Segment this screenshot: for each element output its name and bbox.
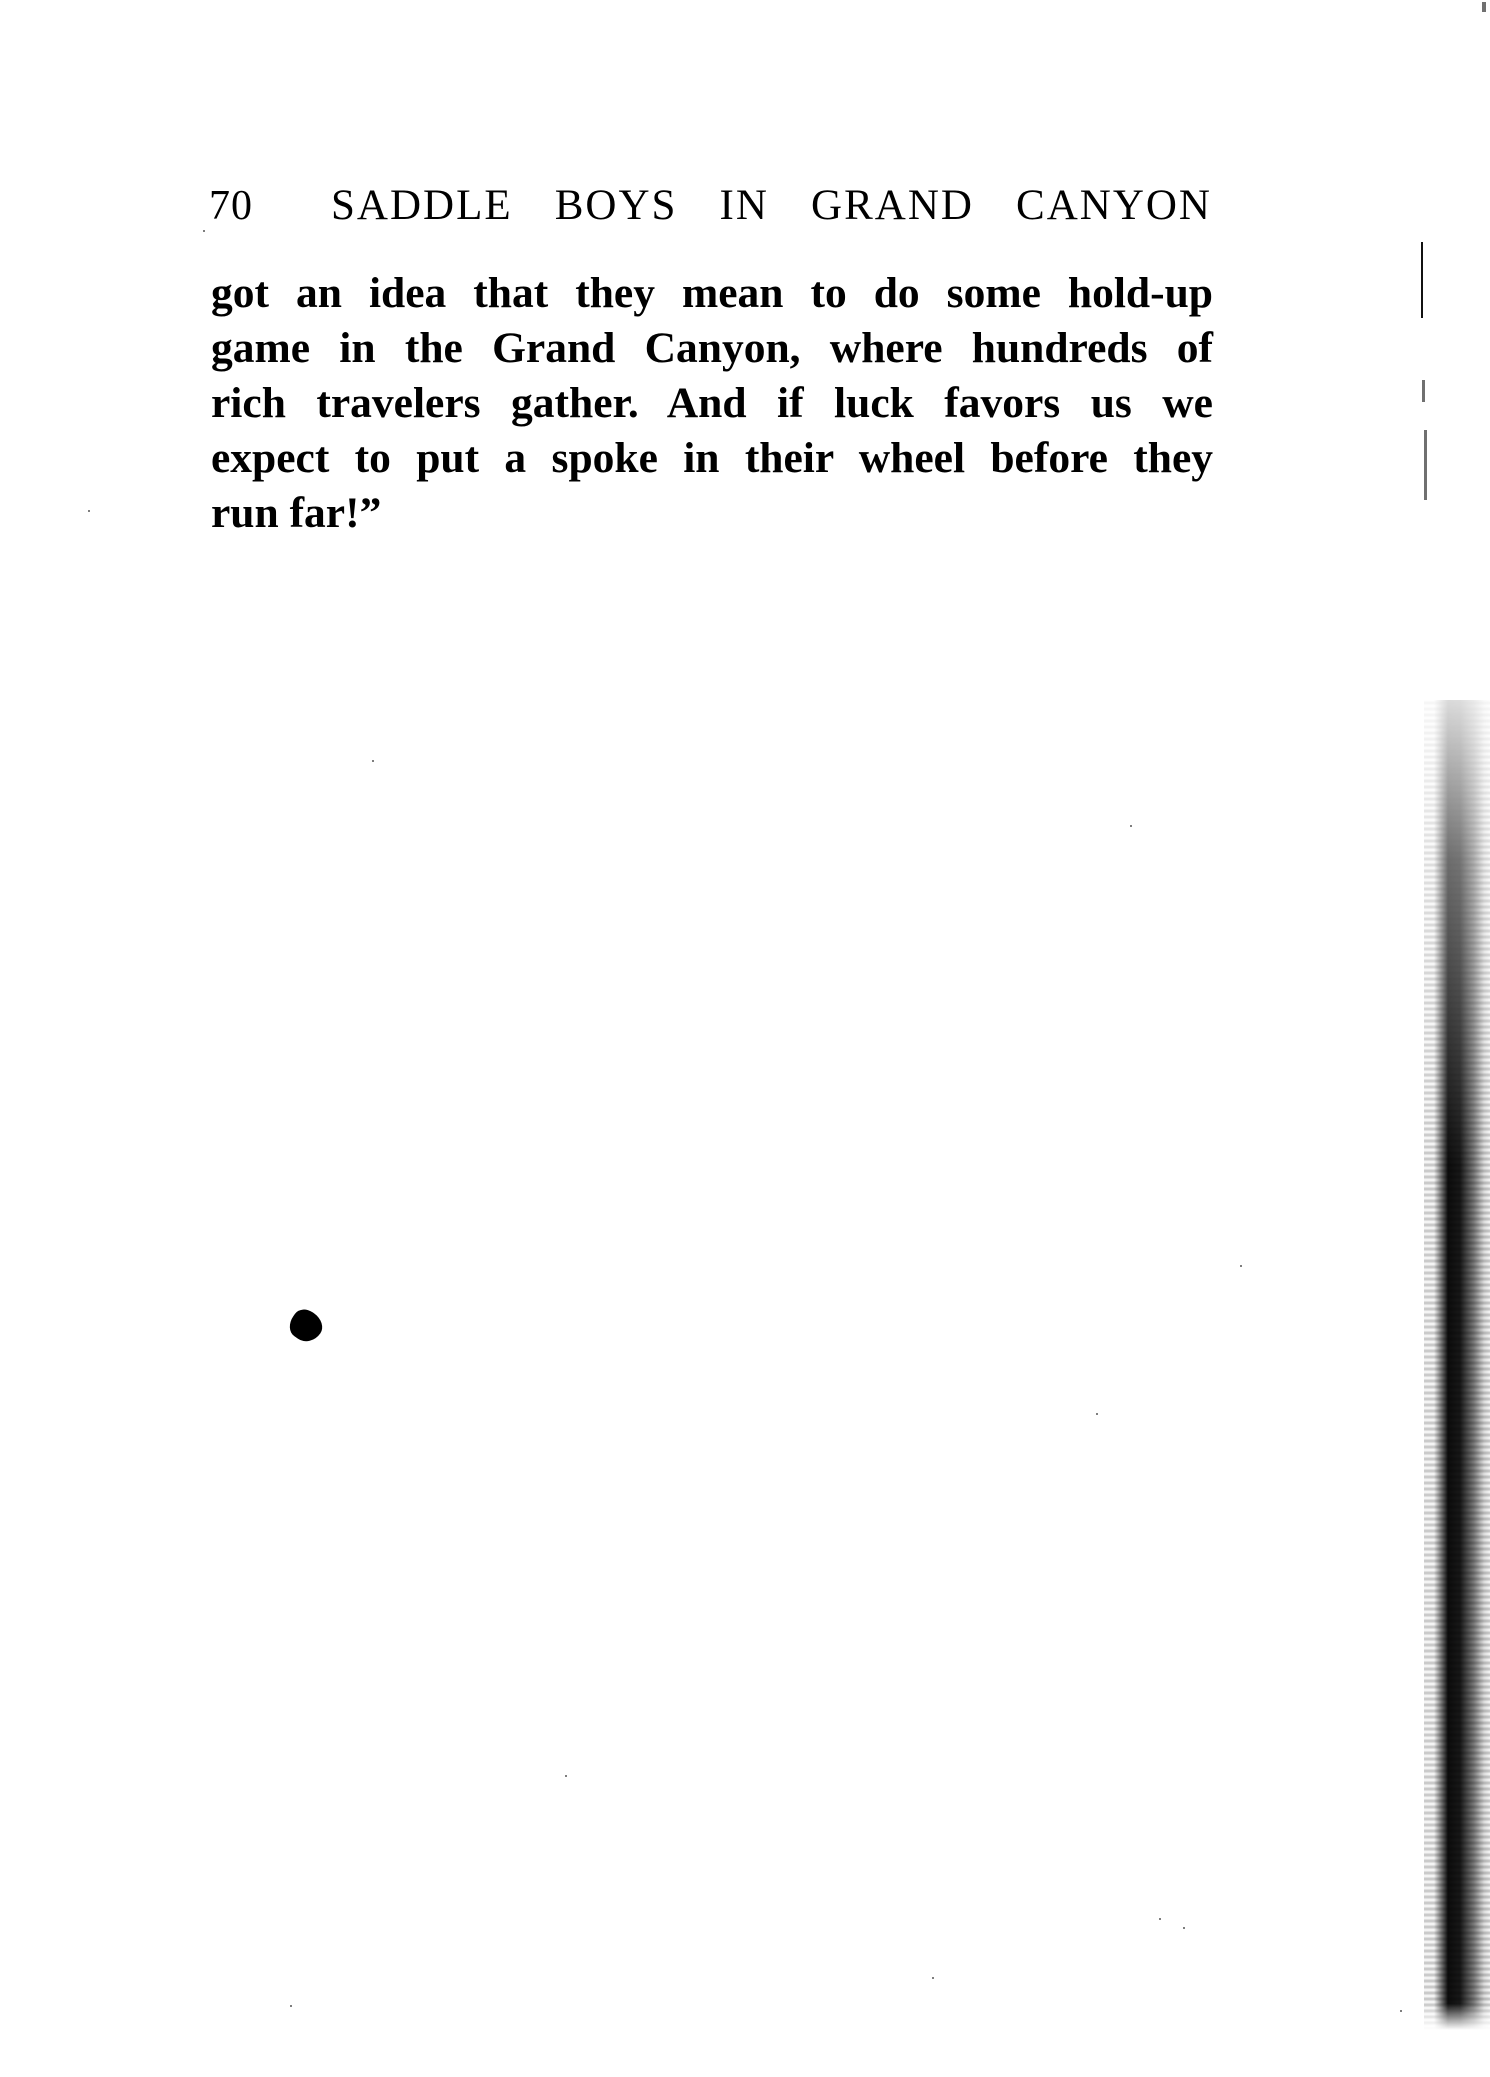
running-head: 70 SADDLE BOYS IN GRAND CANYON bbox=[209, 182, 1212, 230]
text-line: expect to put a spoke in their wheel bef… bbox=[211, 431, 1213, 486]
running-title: SADDLE BOYS IN GRAND CANYON bbox=[331, 182, 1212, 230]
text-line: run far!” bbox=[211, 486, 1213, 541]
paper-speck bbox=[565, 1775, 567, 1777]
paper-speck bbox=[1183, 1927, 1185, 1929]
paper-speck bbox=[1159, 1918, 1161, 1920]
body-paragraph: got an idea that they mean to do some ho… bbox=[211, 266, 1213, 541]
page-number: 70 bbox=[209, 182, 253, 230]
paper-speck bbox=[1096, 1413, 1098, 1415]
book-page: 70 SADDLE BOYS IN GRAND CANYON got an id… bbox=[0, 0, 1490, 2077]
binding-edge-mark bbox=[1482, 2, 1486, 12]
binding-edge-mark bbox=[1422, 380, 1425, 402]
paper-speck bbox=[1240, 1265, 1242, 1267]
paper-speck bbox=[932, 1977, 934, 1979]
text-line: game in the Grand Canyon, where hundreds… bbox=[211, 321, 1213, 376]
text-line: got an idea that they mean to do some ho… bbox=[211, 266, 1213, 321]
binding-gutter-shadow bbox=[1424, 700, 1490, 2030]
paper-speck bbox=[1130, 825, 1132, 827]
paper-speck bbox=[88, 510, 90, 512]
ink-blot bbox=[284, 1305, 327, 1348]
paper-speck bbox=[372, 760, 374, 762]
paper-speck bbox=[1400, 2010, 1402, 2012]
paper-speck bbox=[290, 2005, 292, 2007]
binding-edge-mark bbox=[1424, 430, 1427, 500]
paper-speck bbox=[203, 230, 205, 232]
binding-edge-line bbox=[1421, 242, 1423, 318]
text-line: rich travelers gather. And if luck favor… bbox=[211, 376, 1213, 431]
